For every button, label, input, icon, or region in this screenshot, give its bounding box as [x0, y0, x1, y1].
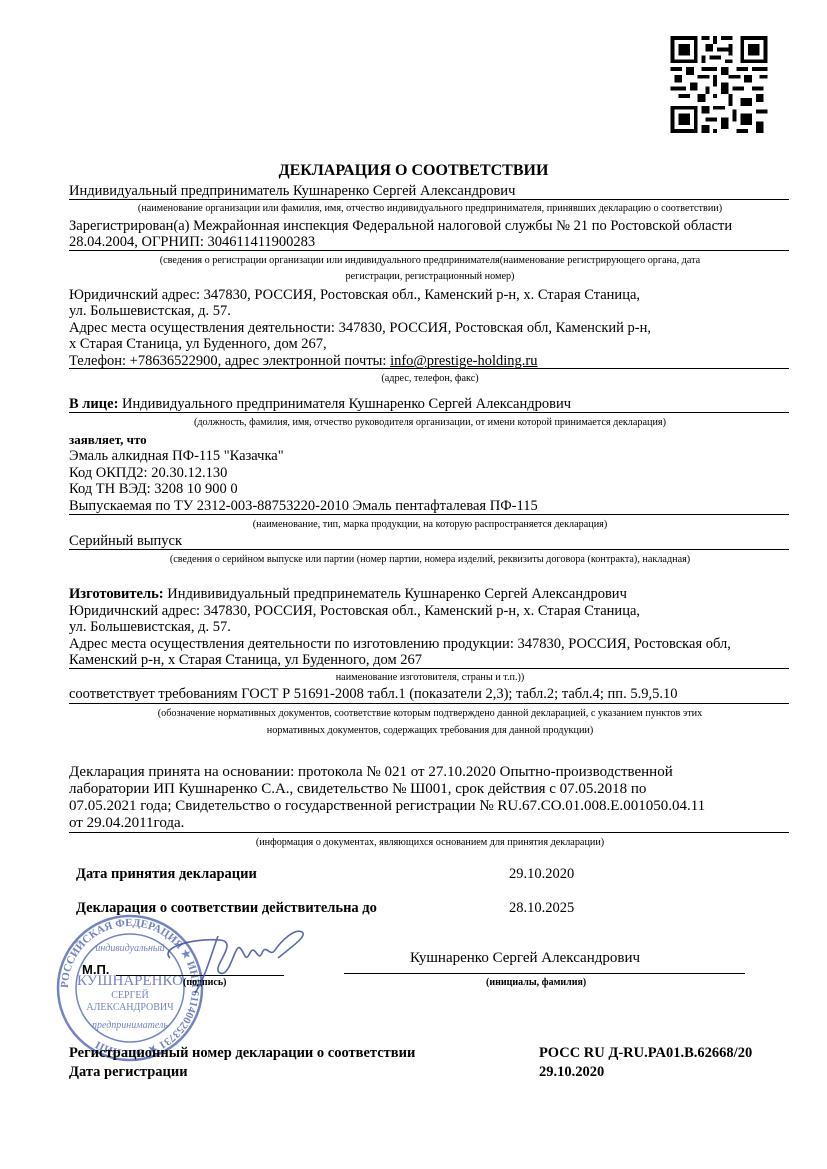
- svg-text:предприниматель: предприниматель: [92, 1020, 168, 1031]
- represented-line: В лице: Индивидуального предпринимателя …: [69, 396, 789, 412]
- compliance-note-1: (обозначение нормативных документов, соо…: [60, 705, 800, 722]
- reg-number-label: Регистрационный номер декларации о соотв…: [69, 1045, 415, 1062]
- legal-address-2: ул. Большевистская, д. 57.: [69, 303, 789, 319]
- contact-note: (адрес, телефон, факс): [60, 370, 800, 387]
- mfr-legal-address-1: Юридичнский адрес: 347830, РОССИЯ, Росто…: [69, 603, 789, 619]
- svg-text:СЕРГЕЙ: СЕРГЕЙ: [111, 989, 148, 1001]
- manufacturer-note: наименование изготовителя, страны и т.п.…: [60, 669, 800, 686]
- qr-code: [669, 36, 769, 133]
- divider: [69, 368, 789, 369]
- mp-label: М.П.: [82, 962, 109, 977]
- divider: [69, 412, 789, 413]
- compliance-note-2: нормативных документов, содержащих требо…: [60, 722, 800, 739]
- mfr-legal-address-2: ул. Большевистская, д. 57.: [69, 619, 789, 635]
- valid-until-date: 28.10.2025: [509, 900, 574, 917]
- basis-line-3: 07.05.2021 года; Свидетельство о государ…: [69, 798, 789, 814]
- product-name: Эмаль алкидная ПФ-115 "Казачка": [69, 448, 789, 464]
- applicant-note: (наименование организации или фамилия, и…: [60, 200, 800, 217]
- reg-date-label: Дата регистрации: [69, 1064, 188, 1081]
- mfr-activity-address-1: Адрес места осуществления деятельности п…: [69, 636, 789, 652]
- email-link[interactable]: info@prestige-holding.ru: [390, 353, 537, 369]
- okpd2-code: Код ОКПД2: 20.30.12.130: [69, 465, 789, 481]
- contact-prefix: Телефон: +78636522900, адрес электронной…: [69, 353, 390, 369]
- manufacturer-line: Изготовитель: Индививидуальный предприне…: [69, 586, 789, 602]
- basis-line-4: от 29.04.2011года.: [69, 815, 789, 831]
- registration-line-2: 28.04.2004, ОГРНИП: 304611411900283: [69, 234, 789, 250]
- legal-address-1: Юридичнский адрес: 347830, РОССИЯ, Росто…: [69, 287, 789, 303]
- divider: [69, 832, 789, 833]
- acceptance-date: 29.10.2020: [509, 866, 574, 883]
- produced-by-tu: Выпускаемая по ТУ 2312-003-88753220-2010…: [69, 498, 789, 514]
- registration-note-1: (сведения о регистрации организации или …: [60, 252, 800, 269]
- applicant-name: Индивидуальный предприниматель Кушнаренк…: [69, 183, 789, 199]
- acceptance-date-label: Дата принятия декларации: [76, 866, 257, 883]
- basis-note: (информация о документах, являющихся осн…: [60, 834, 800, 851]
- represented-note: (должность, фамилия, имя, отчество руков…: [60, 414, 800, 431]
- name-line: [344, 973, 745, 974]
- signature: [150, 918, 310, 998]
- serial-note: (сведения о серийном выпуске или партии …: [60, 551, 800, 568]
- registration-note-2: регистрации, регистрационный номер): [60, 268, 800, 285]
- svg-text:АЛЕКСАНДРОВИЧ: АЛЕКСАНДРОВИЧ: [86, 1002, 174, 1013]
- manufacturer-label: Изготовитель:: [69, 586, 164, 602]
- divider: [69, 250, 789, 251]
- activity-address-2: х Старая Станица, ул Буденного, дом 267,: [69, 336, 789, 352]
- basis-line-1: Декларация принята на основании: протоко…: [69, 764, 789, 780]
- represented-value: Индивидуального предпринимателя Кушнарен…: [122, 396, 571, 412]
- serial-release: Серийный выпуск: [69, 533, 789, 549]
- divider: [69, 514, 789, 515]
- signatory-name: Кушнаренко Сергей Александрович: [410, 950, 640, 967]
- represented-label: В лице:: [69, 396, 118, 412]
- contact-line: Телефон: +78636522900, адрес электронной…: [69, 353, 789, 369]
- divider: [69, 549, 789, 550]
- tnved-code: Код ТН ВЭД: 3208 10 900 0: [69, 481, 789, 497]
- manufacturer-value: Индививидуальный предпринематель Кушнаре…: [167, 586, 627, 602]
- reg-number: РОСС RU Д-RU.PA01.B.62668/20: [539, 1045, 752, 1062]
- registration-line-1: Зарегистрирован(а) Межрайонная инспекция…: [69, 218, 789, 234]
- product-note: (наименование, тип, марка продукции, на …: [60, 516, 800, 533]
- declares-label: заявляет, что: [69, 432, 789, 448]
- document-title: ДЕКЛАРАЦИЯ О СООТВЕТСТВИИ: [0, 162, 827, 180]
- basis-line-2: лаборатории ИП Кушнаренко С.А., свидетел…: [69, 781, 789, 797]
- activity-address-1: Адрес места осуществления деятельности: …: [69, 320, 789, 336]
- signatory-note: (инициалы, фамилия): [486, 977, 586, 988]
- reg-date: 29.10.2020: [539, 1064, 604, 1081]
- compliance-standard: соответствует требованиям ГОСТ Р 51691-2…: [69, 686, 789, 702]
- mfr-activity-address-2: Каменский р-н, х Старая Станица, ул Буде…: [69, 652, 789, 668]
- divider: [69, 703, 789, 704]
